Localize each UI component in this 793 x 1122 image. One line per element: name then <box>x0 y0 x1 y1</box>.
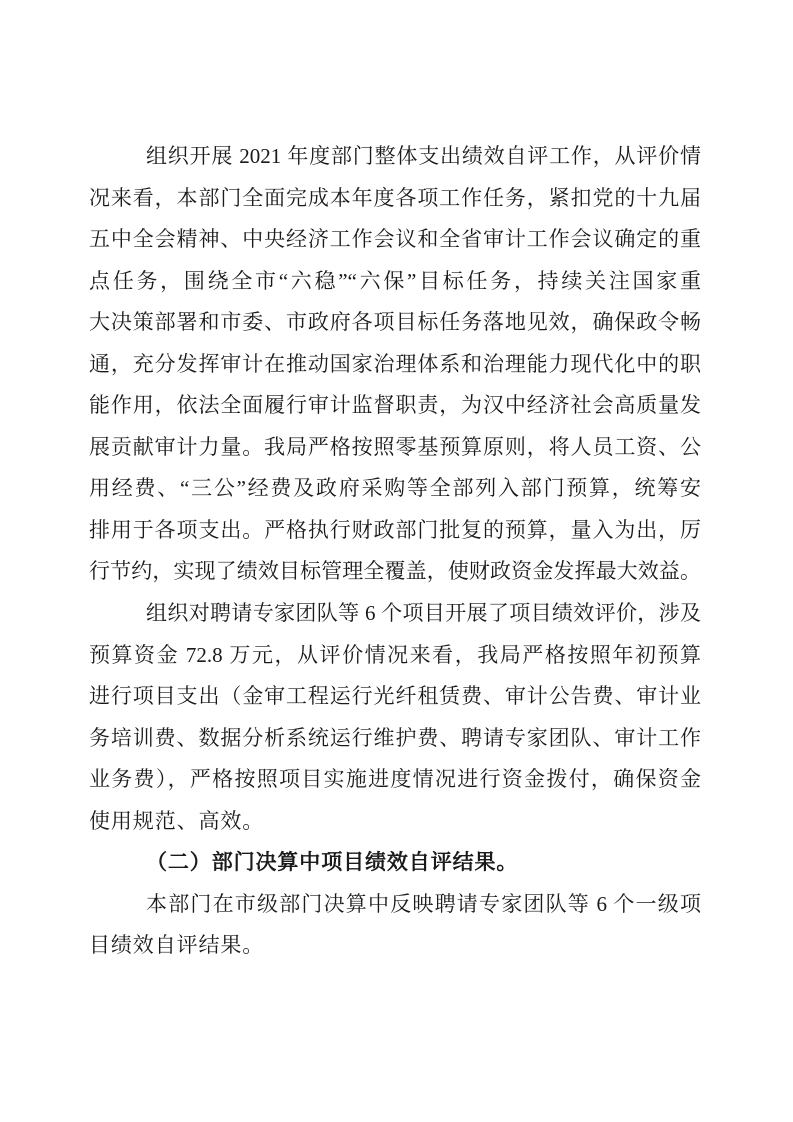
paragraph-line: 五中全会精神、中央经济工作会议和全省审计工作会议确定的重 <box>89 219 701 261</box>
document-text: 组织开展 2021 年度部门整体支出绩效自评工作，从评价情况来看，本部门全面完成… <box>89 136 701 967</box>
paragraph-line: 本部门在市级部门决算中反映聘请专家团队等 6 个一级项 <box>89 884 701 926</box>
paragraph-line: 行节约，实现了绩效目标管理全覆盖，使财政资金发挥最大效益。 <box>89 551 701 593</box>
paragraph-line: 展贡献审计力量。我局严格按照零基预算原则，将人员工资、公 <box>89 427 701 469</box>
paragraph-line: 通，充分发挥审计在推动国家治理体系和治理能力现代化中的职 <box>89 344 701 386</box>
paragraph-line: 组织开展 2021 年度部门整体支出绩效自评工作，从评价情 <box>89 136 701 178</box>
paragraph-line: 业务费），严格按照项目实施进度情况进行资金拨付，确保资金 <box>89 759 701 801</box>
paragraph-line: 能作用，依法全面履行审计监督职责，为汉中经济社会高质量发 <box>89 385 701 427</box>
paragraph-line: 预算资金 72.8 万元，从评价情况来看，我局严格按照年初预算 <box>89 635 701 677</box>
paragraph-line: 用经费、“三公”经费及政府采购等全部列入部门预算，统筹安 <box>89 468 701 510</box>
paragraph-line: 使用规范、高效。 <box>89 801 701 843</box>
paragraph-line: 点任务，围绕全市“六稳”“六保”目标任务，持续关注国家重 <box>89 261 701 303</box>
document-page: 组织开展 2021 年度部门整体支出绩效自评工作，从评价情况来看，本部门全面完成… <box>0 0 793 1122</box>
paragraph-line: 况来看，本部门全面完成本年度各项工作任务，紧扣党的十九届 <box>89 178 701 220</box>
paragraph-line: 务培训费、数据分析系统运行维护费、聘请专家团队、审计工作 <box>89 718 701 760</box>
section-heading-line: （二）部门决算中项目绩效自评结果。 <box>89 842 701 884</box>
paragraph-line: 大决策部署和市委、市政府各项目标任务落地见效，确保政令畅 <box>89 302 701 344</box>
paragraph-line: 目绩效自评结果。 <box>89 925 701 967</box>
paragraph-line: 进行项目支出（金审工程运行光纤租赁费、审计公告费、审计业 <box>89 676 701 718</box>
paragraph-line: 排用于各项支出。严格执行财政部门批复的预算，量入为出，厉 <box>89 510 701 552</box>
paragraph-line: 组织对聘请专家团队等 6 个项目开展了项目绩效评价，涉及 <box>89 593 701 635</box>
